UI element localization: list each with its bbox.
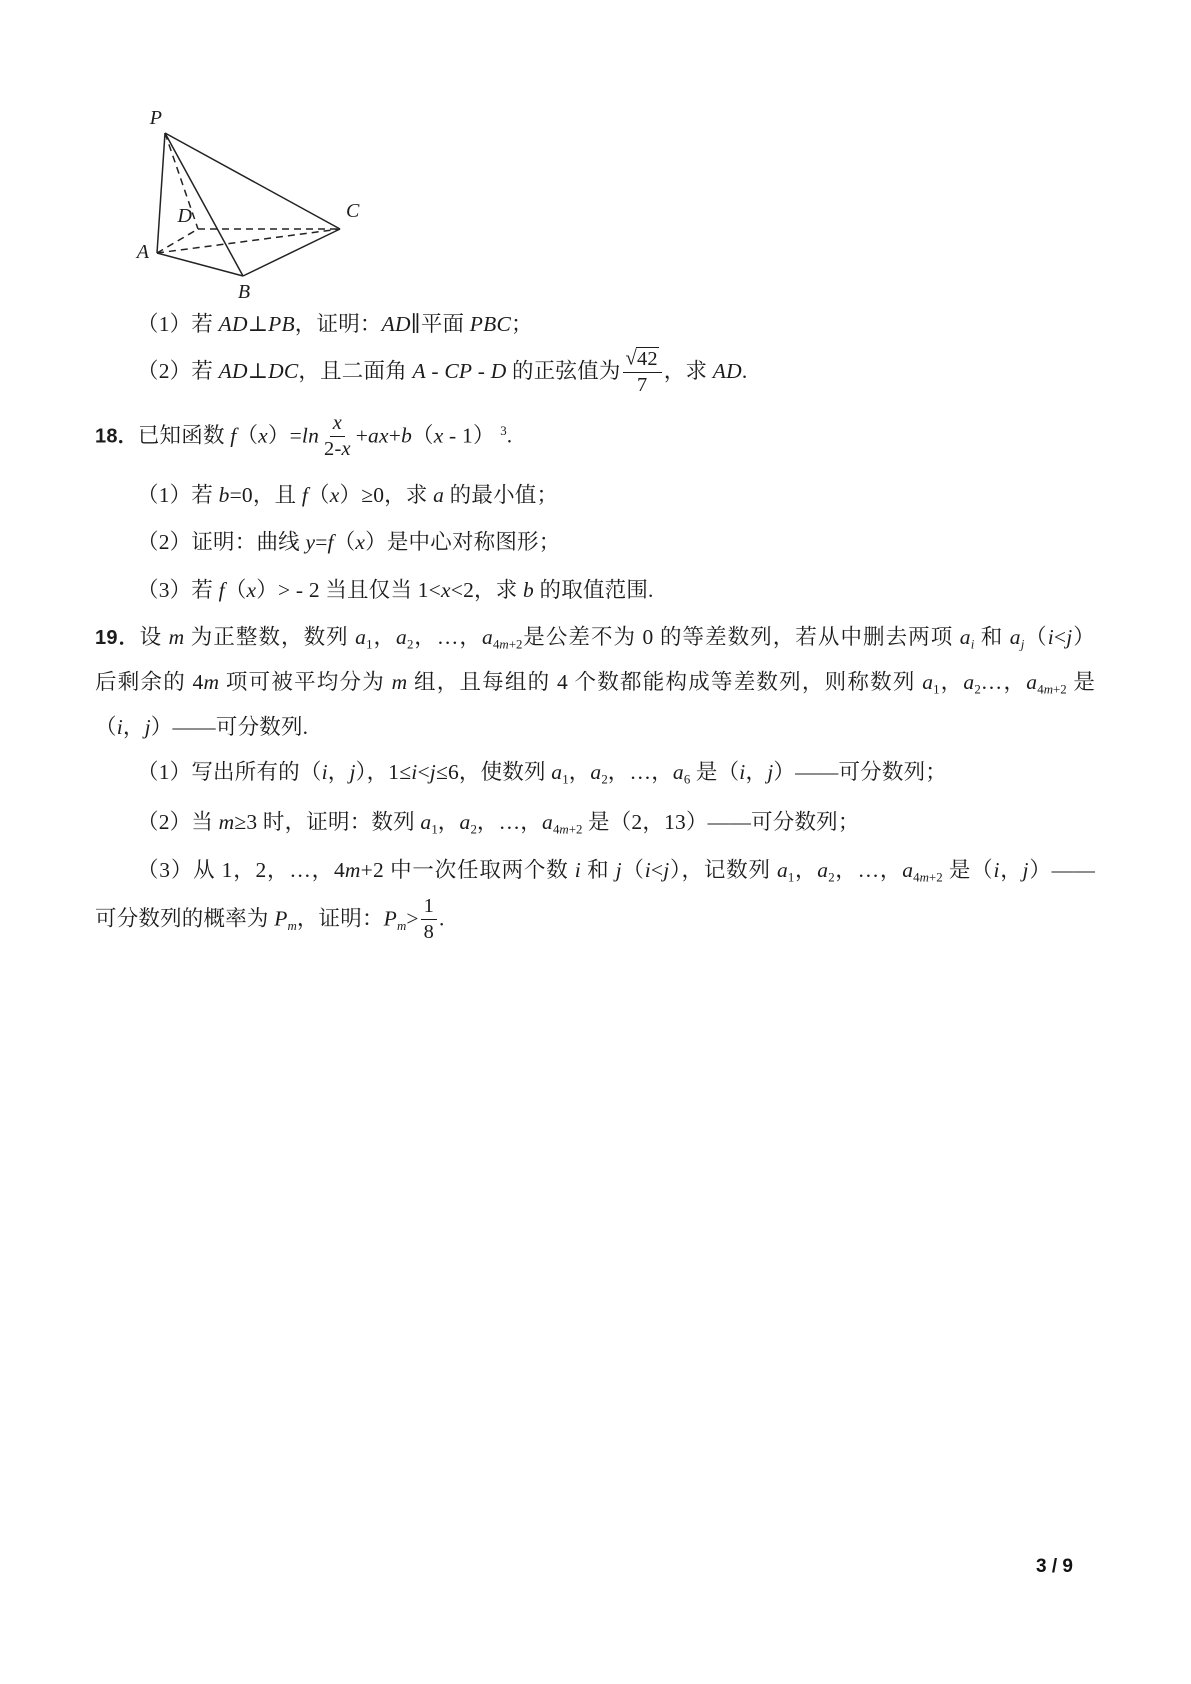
p18-part1-line: （1）若 b=0，且 f（x）≥0，求 a 的最小值； [137, 480, 558, 510]
sqrt-radical: √42 [626, 347, 659, 371]
text-segment: < [651, 858, 663, 882]
p19-stem-line1: 19．设 m 为正整数，数列 a1，a2，…，a4m+2是公差不为 0 的等差数… [95, 622, 1095, 660]
text-segment: PBC [470, 312, 511, 336]
text-segment: a [551, 760, 562, 784]
text-segment: ∥ [411, 312, 421, 336]
p17-part2-line: （2）若 AD⊥DC，且二面角 A - CP - D 的正弦值为√427，求 A… [137, 348, 747, 398]
text-segment: 是（ [690, 760, 739, 784]
text-segment: （2）当 [137, 810, 219, 834]
text-segment: 7 [637, 374, 647, 396]
text-segment: ； [511, 312, 533, 336]
text-segment: ），1≤ [356, 760, 412, 784]
text-segment: 为正整数，数列 [184, 625, 355, 649]
text-segment: - [472, 359, 491, 383]
text-segment: ）= [268, 423, 302, 447]
text-segment: ）——可分数列. [151, 715, 308, 739]
fraction: x2-x [321, 412, 354, 461]
text-segment: a [902, 858, 913, 882]
text-segment: CP [444, 359, 472, 383]
text-segment: AD [382, 312, 411, 336]
text-segment: ），记数列 [669, 858, 777, 882]
text-segment: ， [1000, 858, 1023, 882]
text-segment: a [1026, 670, 1037, 694]
text-segment: m [219, 810, 235, 834]
text-segment: < [1054, 625, 1066, 649]
text-segment: （1）写出所有的（ [137, 760, 322, 784]
text-segment: P [384, 906, 397, 930]
text-segment: DC [268, 359, 298, 383]
text-segment: ， [438, 810, 460, 834]
p19-part2-line: （2）当 m≥3 时，证明：数列 a1，a2，…，a4m+2 是（2，13）——… [137, 807, 860, 845]
text-segment: < [417, 760, 429, 784]
text-segment: （ [225, 578, 247, 602]
text-segment: . [507, 423, 513, 447]
text-segment: ， [745, 760, 767, 784]
text-segment: 的正弦值为 [506, 359, 620, 383]
text-segment: （3）从 1，2，…，4 [137, 858, 345, 882]
text-segment: ax [368, 423, 389, 447]
text-segment: ，证明： [295, 312, 382, 336]
text-segment: m [288, 919, 297, 933]
text-segment: a [673, 760, 684, 784]
text-segment: 的最小值； [444, 483, 558, 507]
text-segment: b [219, 483, 230, 507]
text-segment: x [341, 438, 350, 460]
p19-part1-line: （1）写出所有的（i，j），1≤i<j≤6，使数列 a1，a2，…，a6 是（i… [137, 757, 947, 795]
text-segment: +2 [929, 871, 943, 885]
text-segment: 和 [974, 625, 1009, 649]
text-segment: ，求 [664, 359, 713, 383]
text-segment: a [817, 858, 828, 882]
p18-part2-line: （2）证明：曲线 y=f（x）是中心对称图形； [137, 527, 560, 557]
text-segment: （1）若 [137, 312, 219, 336]
edge-AC-dashed [157, 229, 340, 253]
text-segment: （1）若 [137, 483, 219, 507]
text-segment: 已知函数 [138, 423, 230, 447]
vertex-label-d: D [177, 205, 193, 227]
tetrahedron-figure: P A B C D [125, 100, 375, 305]
text-segment: 1 [424, 895, 434, 917]
text-segment: ，…， [413, 625, 482, 649]
page-number: 3 / 9 [1036, 1556, 1073, 1578]
text-segment: ln [302, 423, 319, 447]
text-segment: 8 [424, 921, 434, 943]
text-segment: 组，且每组的 4 个数都能构成等差数列，则称数列 [407, 670, 922, 694]
text-segment: m [204, 670, 220, 694]
edge-AD-dashed [157, 229, 198, 253]
text-segment: ，且二面角 [298, 359, 412, 383]
vertex-label-a: A [135, 241, 150, 263]
text-segment: AD [713, 359, 742, 383]
text-segment: a [922, 670, 933, 694]
text-segment: a [960, 625, 971, 649]
p18-stem-line: 18．已知函数 f（x）=lnx2-x+ax+b（x - 1） 3. [95, 413, 512, 462]
text-segment: ，…， [835, 858, 903, 882]
text-segment: 设 [140, 625, 169, 649]
text-segment: PB [268, 312, 295, 336]
text-segment: P [274, 906, 287, 930]
text-segment: a [777, 858, 788, 882]
text-segment: ≤6，使数列 [436, 760, 551, 784]
p19-part3-line1: （3）从 1，2，…，4m+2 中一次任取两个数 i 和 j（i<j），记数列 … [137, 855, 1095, 893]
text-segment: ， [328, 760, 350, 784]
text-segment: （3）若 [137, 578, 219, 602]
text-segment: ≥3 时，证明：数列 [234, 810, 420, 834]
text-segment: 19． [95, 627, 140, 649]
text-segment: ）——可分数列； [773, 760, 947, 784]
text-segment: ⊥ [248, 359, 268, 383]
text-segment: 18． [95, 425, 138, 447]
text-segment: （ [95, 715, 117, 739]
text-segment: 是（2，13）——可分数列； [582, 810, 859, 834]
text-segment: . [742, 359, 748, 383]
text-segment: （ [236, 423, 258, 447]
text-segment: m [559, 823, 568, 837]
text-segment: 是 [1067, 670, 1095, 694]
text-segment: a [482, 625, 493, 649]
text-segment: m [169, 625, 185, 649]
text-segment: （ [334, 530, 356, 554]
text-segment: + [356, 423, 368, 447]
text-segment: 项可被平均分为 [219, 670, 391, 694]
text-segment: （ [1024, 625, 1047, 649]
text-segment: 是（ [943, 858, 994, 882]
text-segment: （ [622, 858, 645, 882]
text-segment: ）> - 2 当且仅当 1< [256, 578, 441, 602]
text-segment: AD [219, 359, 248, 383]
text-segment: AD [219, 312, 248, 336]
text-segment: x [247, 578, 257, 602]
vertex-label-p: P [149, 107, 162, 129]
fraction: √427 [623, 347, 662, 397]
text-segment: ， [940, 670, 964, 694]
text-segment: +2 [509, 638, 523, 652]
p19-stem-line2: 后剩余的 4m 项可被平均分为 m 组，且每组的 4 个数都能构成等差数列，则称… [95, 667, 1095, 705]
fraction: 18 [421, 895, 437, 944]
text-segment: ，…， [477, 810, 542, 834]
p19-stem-line3: （i，j）——可分数列. [95, 712, 308, 742]
text-segment: 是公差不为 0 的等差数列，若从中删去两项 [522, 625, 959, 649]
text-segment: <2，求 [451, 578, 523, 602]
text-segment: +2 中一次任取两个数 [361, 858, 575, 882]
text-segment: x [355, 530, 365, 554]
text-segment: + [389, 423, 401, 447]
text-segment: a [542, 810, 553, 834]
text-segment: ， [123, 715, 145, 739]
text-segment: （ [412, 423, 434, 447]
text-segment: 和 [581, 858, 616, 882]
text-segment: m [392, 670, 408, 694]
text-segment: ）是中心对称图形； [365, 530, 560, 554]
text-segment: y [305, 530, 315, 554]
text-segment: D [491, 359, 507, 383]
text-segment: x [333, 412, 342, 434]
text-segment: +2 [1053, 683, 1067, 697]
text-segment: m [345, 858, 361, 882]
text-segment: ， [794, 858, 817, 882]
text-segment: a [963, 670, 974, 694]
text-segment: a [590, 760, 601, 784]
text-segment: a [1010, 625, 1021, 649]
text-segment: ）≥0，求 [340, 483, 434, 507]
text-segment: > [406, 906, 418, 930]
text-segment: m [920, 871, 929, 885]
text-segment: ， [373, 625, 396, 649]
text-segment: m [499, 638, 508, 652]
text-segment: ）—— [1029, 858, 1095, 882]
text-segment: ，证明： [297, 906, 384, 930]
vertex-label-b: B [238, 281, 250, 303]
edge-AB [157, 253, 243, 276]
text-segment: 平面 [421, 312, 470, 336]
text-segment: （2）证明：曲线 [137, 530, 305, 554]
text-segment: 2- [324, 438, 341, 460]
text-segment: a [433, 483, 444, 507]
text-segment: ） [1072, 625, 1095, 649]
text-segment: …， [981, 670, 1026, 694]
exam-page: P A B C D （1）若 AD⊥PB，证明：AD∥平面 PBC； （2）若 … [0, 0, 1191, 1684]
text-segment: 可分数列的概率为 [95, 906, 274, 930]
text-segment: = [315, 530, 327, 554]
text-segment: b [523, 578, 534, 602]
text-segment: 后剩余的 4 [95, 670, 204, 694]
edge-PA [157, 133, 165, 253]
text-segment: ⊥ [248, 312, 268, 336]
vertex-label-c: C [346, 200, 360, 222]
text-segment: ， [569, 760, 591, 784]
text-segment: a [420, 810, 431, 834]
text-segment: =0，且 [230, 483, 302, 507]
text-segment: - 1） [443, 423, 500, 447]
text-segment: （ [308, 483, 330, 507]
text-segment: . [439, 906, 445, 930]
text-segment: +2 [569, 823, 583, 837]
text-segment: x [258, 423, 268, 447]
text-segment: - [426, 359, 445, 383]
p17-part1-line: （1）若 AD⊥PB，证明：AD∥平面 PBC； [137, 309, 533, 339]
text-segment: a [396, 625, 407, 649]
p18-part3-line: （3）若 f（x）> - 2 当且仅当 1<x<2，求 b 的取值范围. [137, 575, 654, 605]
text-segment: （2）若 [137, 359, 219, 383]
text-segment: m [1044, 683, 1053, 697]
text-segment: 的取值范围. [534, 578, 654, 602]
text-segment: ，…， [608, 760, 673, 784]
p19-part3-line2: 可分数列的概率为 Pm，证明：Pm>18. [95, 896, 445, 945]
text-segment: a [460, 810, 471, 834]
text-segment: x [330, 483, 340, 507]
text-segment: A [412, 359, 425, 383]
text-segment: b [401, 423, 412, 447]
text-segment: m [397, 919, 406, 933]
text-segment: a [355, 625, 366, 649]
text-segment: x [441, 578, 451, 602]
